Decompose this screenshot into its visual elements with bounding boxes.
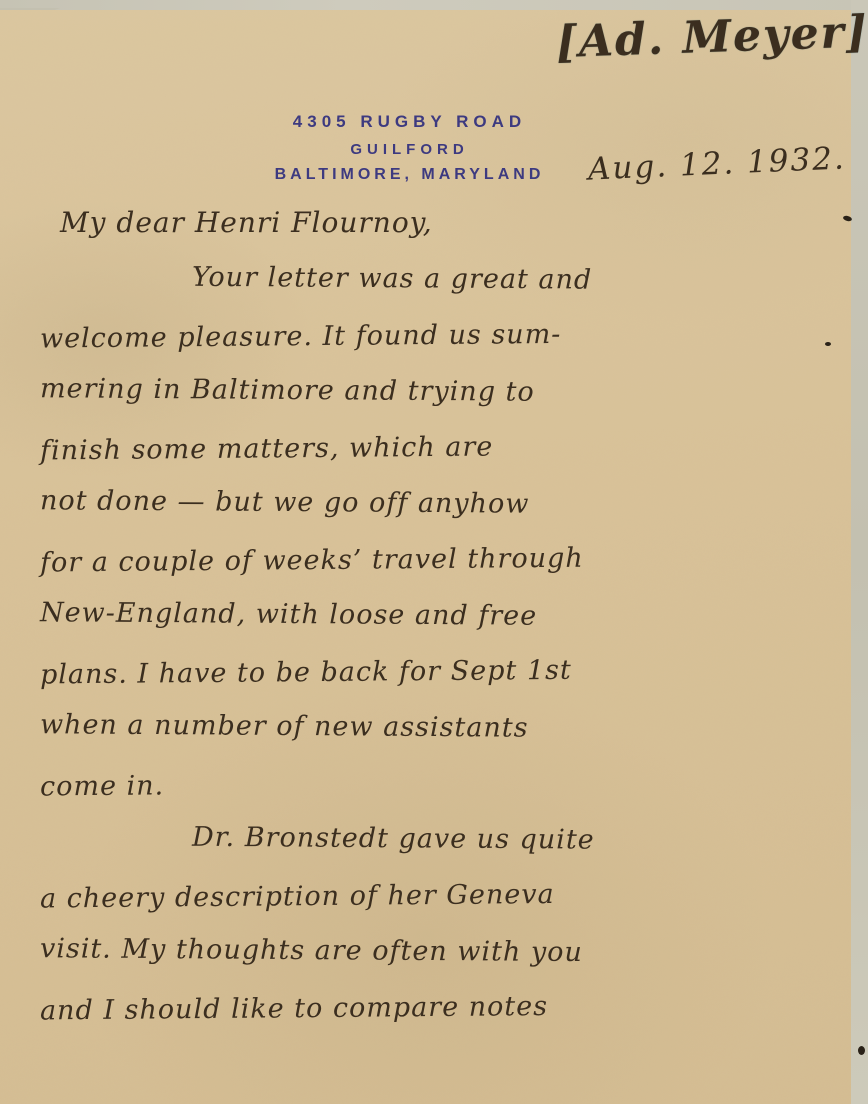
letter-line: Your letter was a great and [192,263,830,296]
scanner-edge-top [0,0,868,10]
letter-line: not done — but we go off anyhow [40,486,830,521]
letter-line: a cheery description of her Geneva [40,878,830,914]
letter-line: come in. [40,766,830,802]
letter-line: welcome pleasure. It found us sum- [40,318,830,354]
letter-scan: [Ad. Meyer] 4305 RUGBY ROAD GUILFORD BAL… [0,0,868,1104]
letter-line: when a number of new assistants [40,710,830,745]
letter-page: [Ad. Meyer] 4305 RUGBY ROAD GUILFORD BAL… [0,10,851,1104]
letter-line: visit. My thoughts are often with you [40,934,830,969]
letter-line: mering in Baltimore and trying to [40,374,830,409]
letter-line: and I should like to compare notes [40,990,830,1026]
ink-speck [858,1046,865,1055]
letter-line: New-England, with loose and free [40,598,830,633]
letter-line: plans. I have to be back for Sept 1st [40,654,830,690]
letter-line: finish some matters, which are [40,430,830,466]
archivist-annotation: [Ad. Meyer] [555,7,857,68]
letter-line: for a couple of weeks’ travel through [40,542,830,578]
letter-body: My dear Henri Flournoy, Your letter was … [40,206,830,1049]
scanner-edge-right [851,0,868,1104]
salutation: My dear Henri Flournoy, [40,206,830,239]
letter-line: Dr. Bronstedt gave us quite [192,823,830,856]
letterhead-address: 4305 RUGBY ROAD [0,112,835,132]
ink-speck [825,342,831,346]
